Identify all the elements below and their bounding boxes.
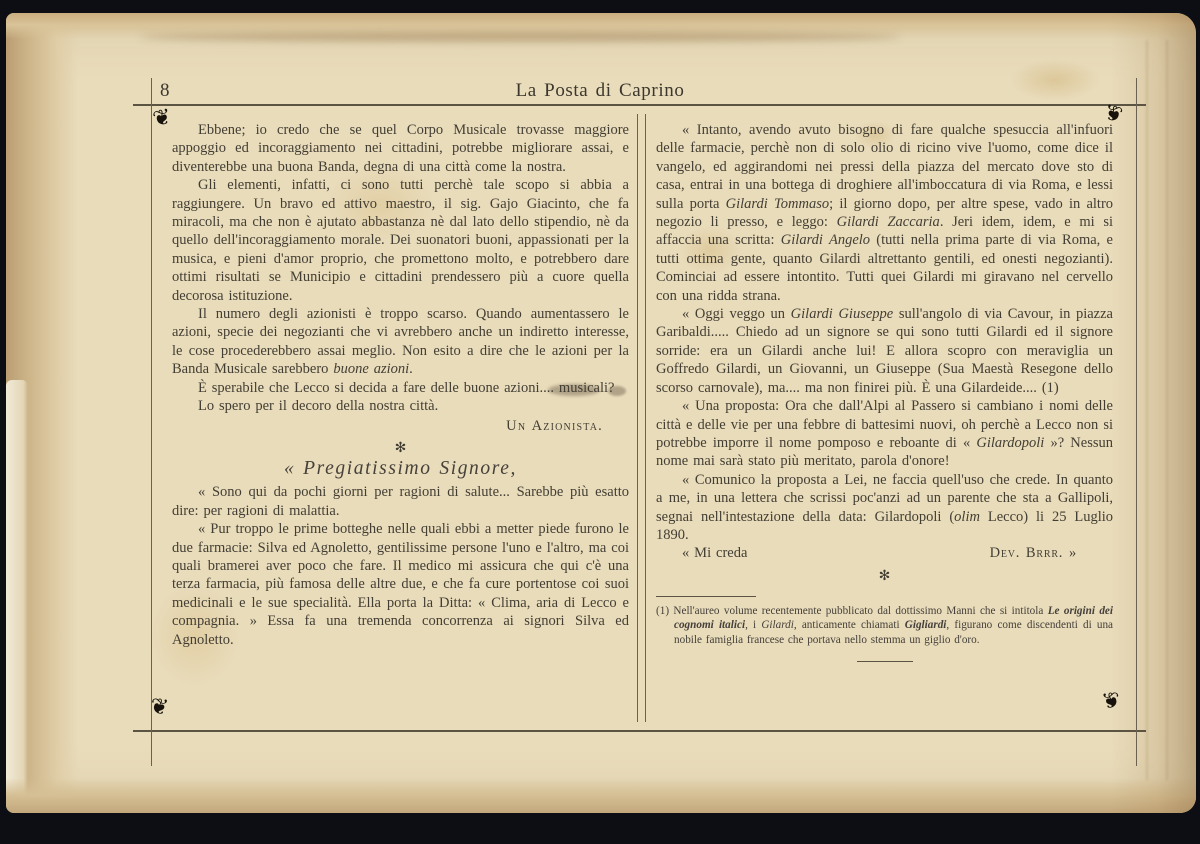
paragraph: « Comunico la proposta a Lei, ne faccia … bbox=[656, 471, 1113, 545]
paragraph: Il numero degli azionisti è troppo scars… bbox=[172, 305, 629, 379]
left-margin-rule bbox=[151, 78, 152, 766]
paragraph: « Oggi veggo un Gilardi Giuseppe sull'an… bbox=[656, 305, 1113, 397]
column-divider-rule bbox=[637, 114, 638, 722]
scanned-book-page: ❦ ❦ ❦ ❦ 8 La Posta di Caprino Ebbene; io… bbox=[0, 0, 1200, 844]
left-column: Ebbene; io credo che se quel Corpo Music… bbox=[172, 121, 629, 649]
publication-title: La Posta di Caprino bbox=[0, 80, 1200, 102]
paragraph: Gli elementi, infatti, ci sono tutti per… bbox=[172, 176, 629, 305]
corner-fleuron-icon: ❦ bbox=[149, 696, 170, 720]
end-rule bbox=[857, 661, 913, 662]
page-bottom-edge bbox=[6, 778, 1196, 813]
page-right-curvature bbox=[1110, 13, 1196, 813]
paragraph: « Intanto, avendo avuto bisogno di fare … bbox=[656, 121, 1113, 305]
letter-closing: « Mi creda Dev. Brrr. » bbox=[656, 544, 1113, 562]
footer-rule bbox=[133, 730, 1146, 732]
page-crease bbox=[1166, 40, 1168, 780]
section-divider-icon: ✻ bbox=[656, 568, 1113, 584]
paragraph: Lo spero per il decoro della nostra citt… bbox=[172, 397, 629, 415]
page-stack-left-sliver bbox=[6, 380, 28, 800]
closing-salutation: « Mi creda bbox=[682, 544, 747, 562]
column-divider-rule bbox=[645, 114, 646, 722]
section-divider-icon: ✻ bbox=[172, 440, 629, 456]
page-top-smudge bbox=[140, 32, 900, 42]
letter-paragraphs: « Sono qui da pochi giorni per ragioni d… bbox=[172, 483, 629, 649]
article-signature: Un Azionista. bbox=[172, 417, 629, 435]
letter-paragraphs: « Intanto, avendo avuto bisogno di fare … bbox=[656, 121, 1113, 544]
footnote: (1) Nell'aureo volume recentemente pubbl… bbox=[656, 604, 1113, 648]
paragraph: « Una proposta: Ora che dall'Alpi al Pas… bbox=[656, 397, 1113, 471]
paragraph: « Pur troppo le prime botteghe nelle qua… bbox=[172, 520, 629, 649]
closing-signature: Dev. Brrr. » bbox=[990, 544, 1077, 562]
article-paragraphs: Ebbene; io credo che se quel Corpo Music… bbox=[172, 121, 629, 416]
footnote-separator-rule bbox=[656, 596, 756, 597]
corner-fleuron-icon: ❦ bbox=[1101, 690, 1122, 714]
paragraph: « Sono qui da pochi giorni per ragioni d… bbox=[172, 483, 629, 520]
paragraph: Ebbene; io credo che se quel Corpo Music… bbox=[172, 121, 629, 176]
letter-heading: « Pregiatissimo Signore, bbox=[172, 460, 629, 478]
page-crease bbox=[1146, 40, 1148, 780]
right-column: « Intanto, avendo avuto bisogno di fare … bbox=[656, 121, 1113, 662]
header-rule bbox=[133, 104, 1146, 106]
right-margin-rule bbox=[1136, 78, 1137, 766]
paragraph: È sperabile che Lecco si decida a fare d… bbox=[172, 379, 629, 397]
